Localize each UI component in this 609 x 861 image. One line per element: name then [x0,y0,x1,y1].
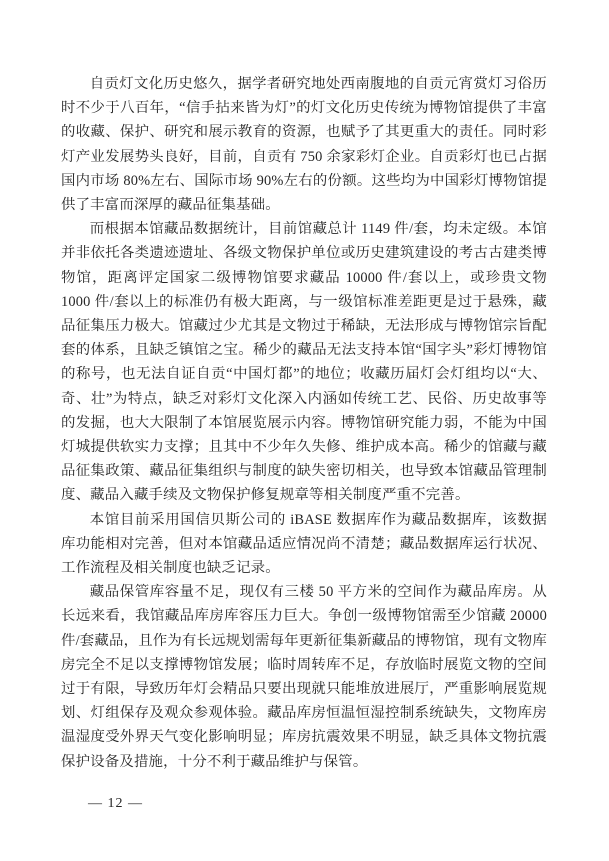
document-page: 自贡灯文化历史悠久，据学者研究地处西南腹地的自贡元宵赏灯习俗历时不少于八百年，“… [0,0,609,861]
paragraph-collection-statistics: 而根据本馆藏品数据统计，目前馆藏总计 1149 件/套，均未定级。本馆并非依托各… [61,217,547,507]
document-body: 自贡灯文化历史悠久，据学者研究地处西南腹地的自贡元宵赏灯习俗历时不少于八百年，“… [61,72,547,774]
paragraph-ibase-database: 本馆目前采用国信贝斯公司的 iBASE 数据库作为藏品数据库，该数据库功能相对完… [61,508,547,581]
paragraph-lantern-culture-history: 自贡灯文化历史悠久，据学者研究地处西南腹地的自贡元宵赏灯习俗历时不少于八百年，“… [61,72,547,217]
page-number: — 12 — [88,794,143,814]
paragraph-storage-capacity: 藏品保管库容量不足，现仅有三楼 50 平方米的空间作为藏品库房。从长远来看，我馆… [61,580,547,774]
